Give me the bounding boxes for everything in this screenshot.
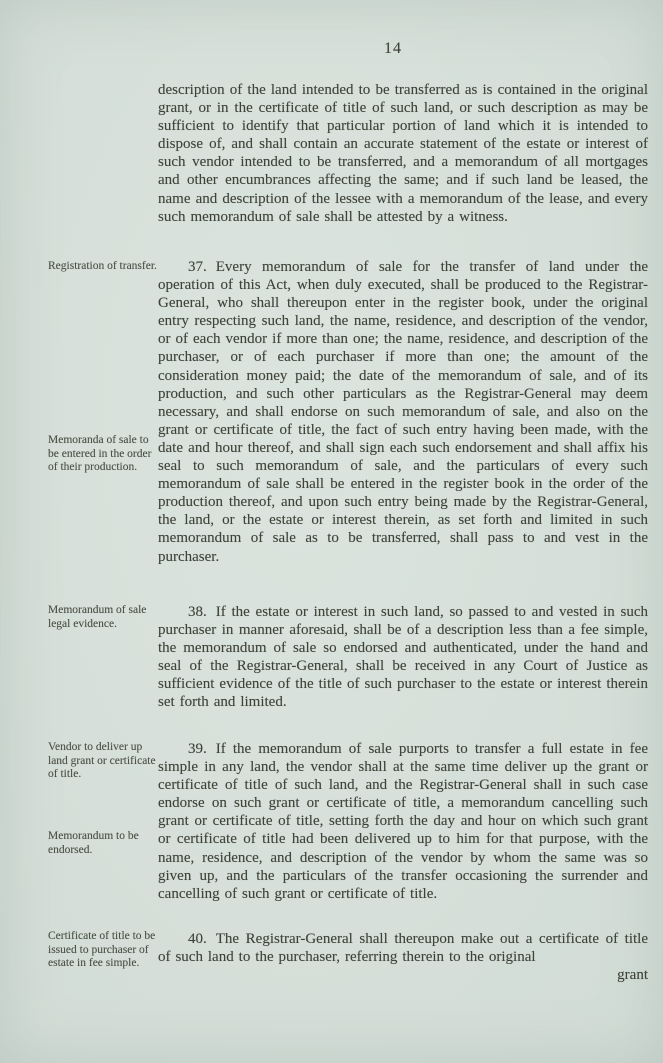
paragraph-section-38: 38.If the estate or interest in such lan… (158, 603, 648, 712)
section-number-38: 38. (188, 604, 207, 620)
page-number: 14 (158, 40, 628, 58)
section-text-37: Every memorandum of sale for the transfe… (158, 259, 648, 565)
catchword: grant (158, 966, 648, 984)
paragraph-section-40: 40.The Registrar-General shall thereupon… (158, 930, 648, 984)
margin-note-vendor-deliver-up-grant: Vendor to deliver up land grant or certi… (48, 741, 158, 782)
paragraph-continuation: description of the land intended to be t… (158, 81, 648, 226)
document-page: 14 description of the land intended to b… (0, 0, 663, 1063)
margin-note-memoranda-order-of-production: Memoranda of sale to be entered in the o… (48, 434, 158, 475)
margin-note-registration-of-transfer: Registration of transfer. (48, 260, 158, 274)
margin-note-memorandum-to-be-endorsed: Memorandum to be endorsed. (48, 830, 158, 857)
section-number-39: 39. (188, 741, 207, 757)
section-number-40: 40. (188, 931, 207, 947)
margin-note-memorandum-legal-evidence: Memorandum of sale legal evidence. (48, 604, 158, 631)
margin-note-certificate-issued-fee-simple: Certificate of title to be issued to pur… (48, 930, 158, 971)
section-number-37: 37. (188, 259, 207, 275)
section-text-39: If the memorandum of sale purports to tr… (158, 741, 648, 902)
paragraph-section-39: 39.If the memorandum of sale purports to… (158, 740, 648, 903)
section-text-40: The Registrar-General shall thereupon ma… (158, 931, 648, 965)
paragraph-section-37: 37.Every memorandum of sale for the tran… (158, 258, 648, 566)
section-text-38: If the estate or interest in such land, … (158, 604, 648, 710)
